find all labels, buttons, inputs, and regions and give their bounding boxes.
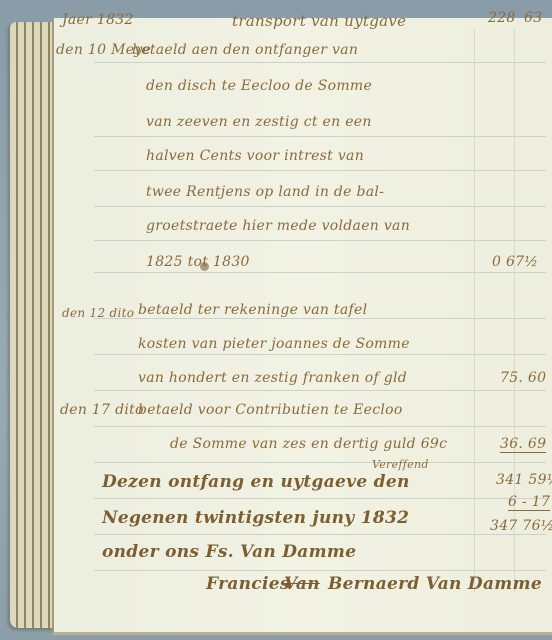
closing-line: Dezen ontfang en uytgaeve den: [102, 472, 410, 492]
entry-line: van zeeven en zestig ct en een: [146, 114, 372, 130]
entry-line: 1825 tot 1830: [146, 254, 250, 270]
entry-amount: 75. 60: [500, 370, 546, 386]
entry-line: betaeld ter rekeninge van tafel: [138, 302, 367, 318]
subtotal: 341 59½: [496, 472, 552, 488]
entry-line: kosten van pieter joannes de Somme: [138, 336, 410, 352]
entry-line: halven Cents voor intrest van: [146, 148, 364, 164]
entry-line: groetstraete hier mede voldaen van: [146, 218, 410, 234]
entry-amount: 36. 69: [500, 436, 546, 453]
header-title: transport van uytgave: [232, 12, 406, 30]
closing-line: Negenen twintigsten juny 1832: [102, 508, 409, 528]
entry-line: betaeld voor Contributien te Eecloo: [138, 402, 403, 418]
ledger-page: Jaer 1832 transport van uytgave 228 63 d…: [52, 18, 552, 635]
entry-line: twee Rentjens op land in de bal-: [146, 184, 384, 200]
closing-line: onder ons Fs. Van Damme: [102, 542, 356, 562]
entry-date: den 17 dito: [60, 402, 144, 418]
signature-first-name: Francies: [206, 574, 290, 594]
entry-line: den disch te Eecloo de Somme: [146, 78, 372, 94]
ink-blot: [200, 262, 209, 271]
header-amount-guilders: 228: [488, 10, 516, 26]
entry-line: de Somme van zes en dertig guld 69c: [170, 436, 447, 452]
adjustment: 6 - 17: [508, 494, 550, 511]
header-amount-cents: 63: [524, 10, 542, 26]
header-year: Jaer 1832: [62, 12, 134, 28]
signature-name: Bernaerd Van Damme: [328, 574, 542, 594]
entry-amount: 0 67½: [492, 254, 538, 270]
entry-line: betaeld aen den ontfanger van: [132, 42, 358, 58]
ledger-book: Jaer 1832 transport van uytgave 228 63 d…: [10, 18, 552, 632]
entry-line: van hondert en zestig franken of gld: [138, 370, 407, 386]
closing-insertion: Vereffend: [372, 458, 429, 471]
grand-total: 347 76½: [490, 518, 552, 534]
entry-date: den 12 dito: [62, 306, 134, 320]
signature-struck-word: Van: [284, 574, 320, 594]
